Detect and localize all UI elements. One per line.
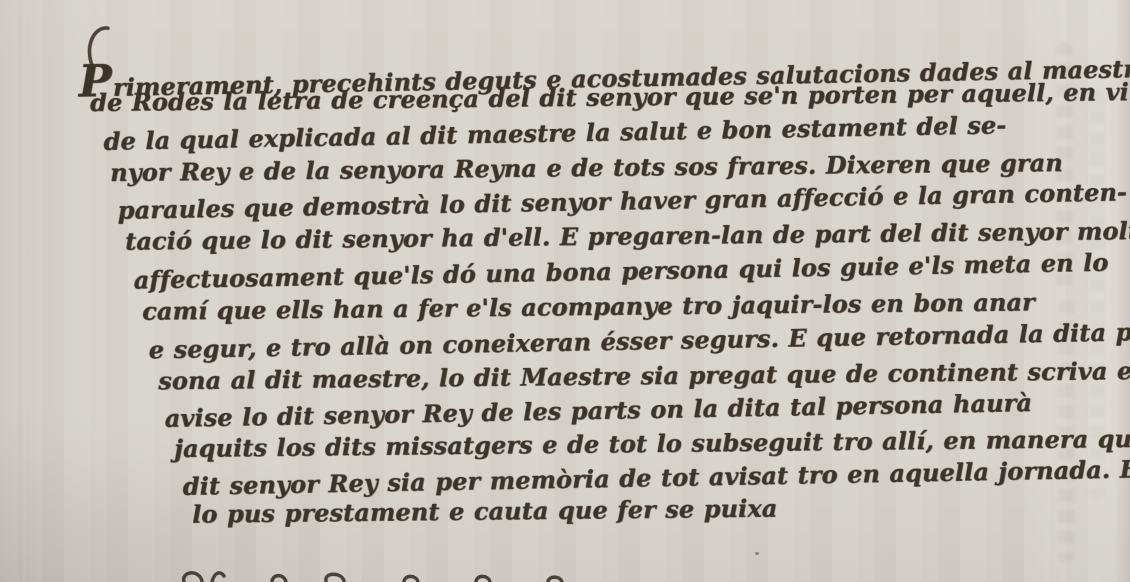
manuscript-line-6: tació que lo dit senyor ha d'ell. E preg… <box>125 219 1130 254</box>
manuscript-line-11: avise lo dit senyor Rey de les parts on … <box>165 391 1033 431</box>
manuscript-line-3: de la qual explicada al dit maestre la s… <box>103 113 1006 154</box>
manuscript-line-14: lo pus prestament e cauta que fer se pui… <box>192 497 777 527</box>
manuscript-line-7: affectuosament que'ls dó una bona person… <box>133 251 1108 293</box>
manuscript-paragraph: Primerament, precehints deguts e acostum… <box>0 0 1130 582</box>
manuscript-line-9: e segur, e tro allà on coneixeran ésser … <box>149 320 1130 363</box>
paper-speck <box>755 552 759 555</box>
manuscript-photo: Primerament, precehints deguts e acostum… <box>0 0 1130 582</box>
manuscript-line-8: camí que ells han a fer e'ls acompanye t… <box>142 290 1035 323</box>
manuscript-line-5: paraules que demostrà lo dit senyor have… <box>117 180 1127 222</box>
manuscript-line-12: jaquits los dits missatgers e de tot lo … <box>174 426 1130 461</box>
manuscript-line-13: dit senyor Rey sia per memòria de tot av… <box>183 456 1130 499</box>
manuscript-line-4: nyor Rey e de la senyora Reyna e de tots… <box>110 151 1063 185</box>
next-entry-partial-strokes <box>176 569 596 582</box>
